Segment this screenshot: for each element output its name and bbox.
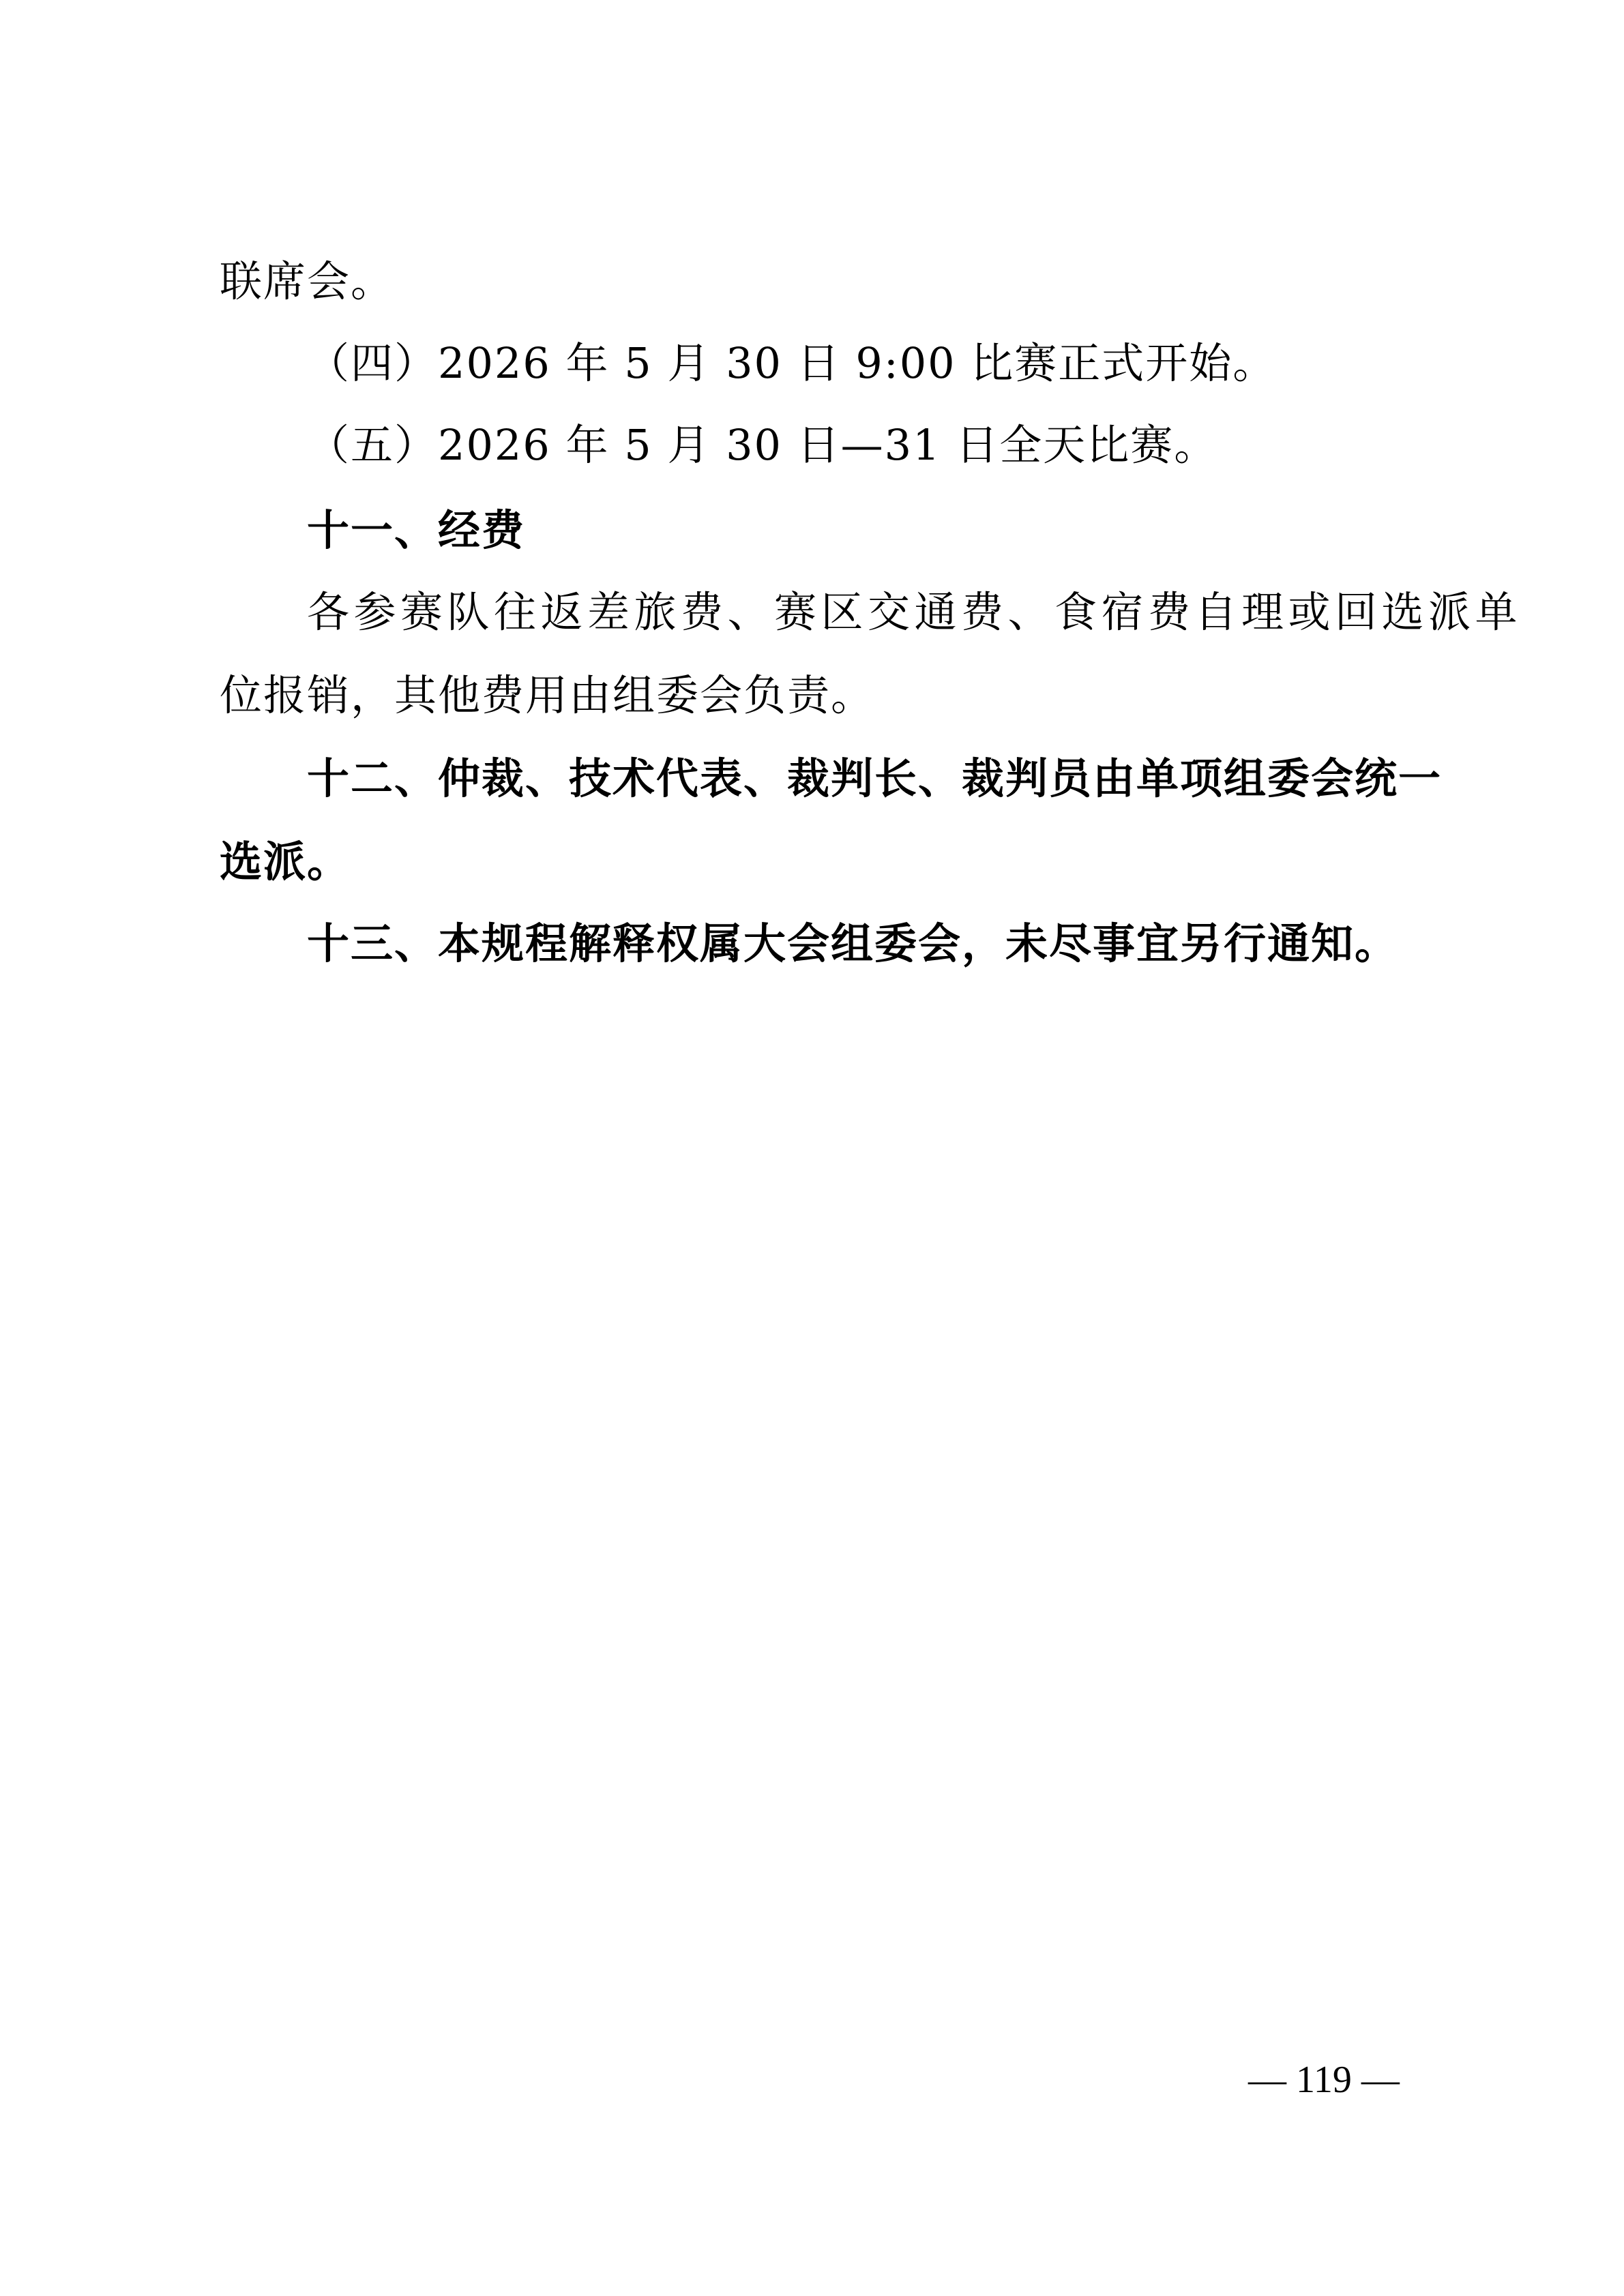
section-heading-interpretation: 十三、本规程解释权属大会组委会，未尽事宜另行通知。 (307, 916, 1521, 971)
paragraph-line-continuation: 联席会。 (220, 254, 1434, 309)
section-heading-funding: 十一、经费 (307, 503, 1521, 558)
page-number: — 119 — (1248, 2059, 1400, 2100)
funding-paragraph-line-2: 位报销，其他费用由组委会负责。 (220, 668, 1434, 723)
document-page: 联席会。 （四）2026 年 5 月 30 日 9:00 比赛正式开始。 （五）… (0, 0, 1624, 2296)
funding-paragraph-line-1: 各参赛队往返差旅费、赛区交通费、食宿费自理或回选派单 (307, 585, 1521, 640)
section-heading-officials-line-1: 十二、仲裁、技术代表、裁判长、裁判员由单项组委会统一 (307, 751, 1521, 806)
schedule-item-5: （五）2026 年 5 月 30 日—31 日全天比赛。 (307, 418, 1521, 473)
schedule-item-4: （四）2026 年 5 月 30 日 9:00 比赛正式开始。 (307, 336, 1521, 391)
section-heading-officials-line-2: 选派。 (220, 835, 1434, 889)
